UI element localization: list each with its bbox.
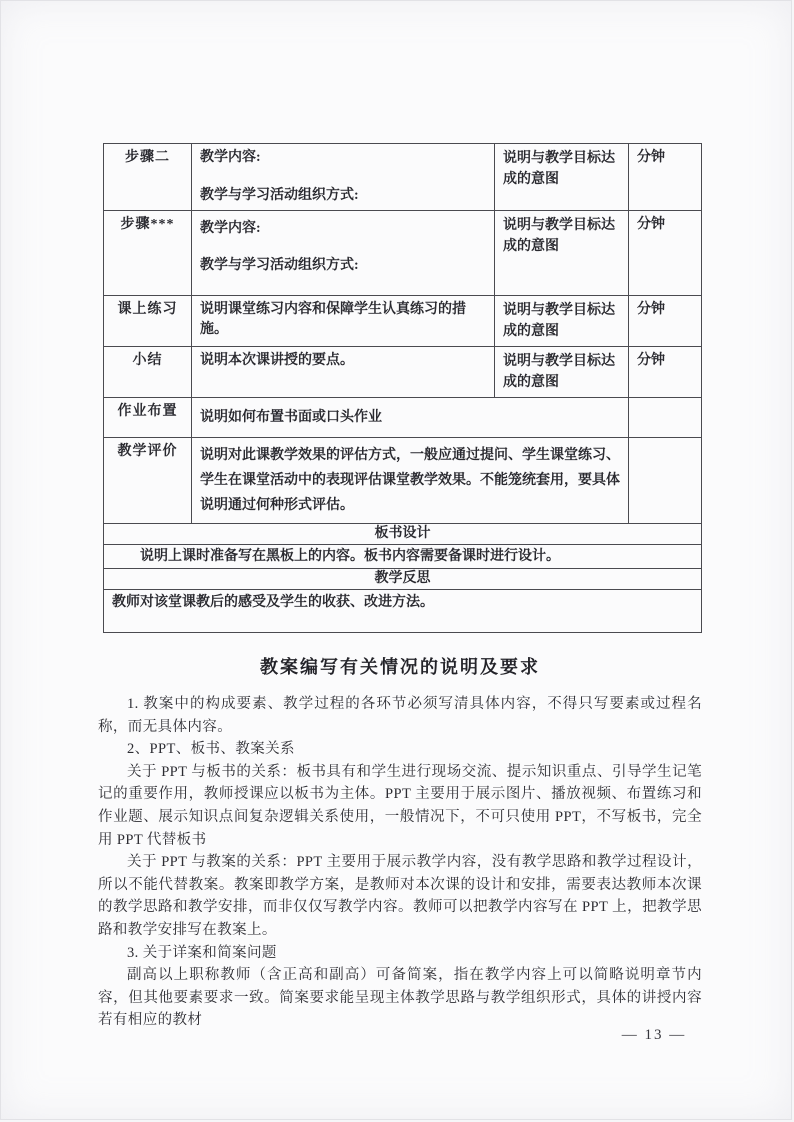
note-text: 说明上课时准备写在黑板上的内容。板书内容需要备课时进行设计。 [112,547,693,566]
table-row-homework: 作业布置 说明如何布置书面或口头作业 [104,398,702,438]
cell-duration [629,398,702,438]
article-paragraph: 3. 关于详案和简案问题 [98,942,702,965]
table-row-class-exercise: 课上练习 说明课堂练习内容和保障学生认真练习的措施。 说明与教学目标达成的意图 … [104,296,702,347]
table-row-step-more: 步骤*** 教学内容: 教学与学习活动组织方式: 说明与教学目标达成的意图 分钟 [104,211,702,296]
cell-duration [629,438,702,524]
cell-content: 说明对此课教学效果的评估方式，一般应通过提问、学生课堂练习、学生在课堂活动中的表… [192,438,629,524]
table-row-step2: 步骤二 教学内容: 教学与学习活动组织方式: 说明与教学目标达成的意图 分钟 [104,144,702,211]
document-page: 步骤二 教学内容: 教学与学习活动组织方式: 说明与教学目标达成的意图 分钟 步… [0,0,792,1120]
table-row-reflection-note: 教师对该堂课教后的感受及学生的收获、改进方法。 [104,590,702,633]
content-line: 教学与学习活动组织方式: [200,256,486,276]
content-line: 教学与学习活动组织方式: [200,186,486,206]
cell-content: 说明如何布置书面或口头作业 [192,398,629,438]
row-label: 课上练习 [104,296,192,347]
cell-content: 说明本次课讲授的要点。 [192,347,495,398]
row-label: 教学评价 [104,438,192,524]
cell-purpose: 说明与教学目标达成的意图 [495,144,629,211]
table-row-summary: 小结 说明本次课讲授的要点。 说明与教学目标达成的意图 分钟 [104,347,702,398]
article-paragraph: 1. 教案中的构成要素、教学过程的各环节必须写清具体内容，不得只写要素或过程名称… [98,693,702,738]
page-number: — 13 — [599,1027,709,1044]
section-note: 教师对该堂课教后的感受及学生的收获、改进方法。 [104,590,702,633]
section-title: 教学反思 [104,569,702,590]
row-label: 作业布置 [104,398,192,438]
lesson-plan-table: 步骤二 教学内容: 教学与学习活动组织方式: 说明与教学目标达成的意图 分钟 步… [103,143,702,633]
article-paragraph: 关于 PPT 与教案的关系：PPT 主要用于展示教学内容，没有教学思路和教学过程… [98,851,702,941]
article-paragraph: 关于 PPT 与板书的关系：板书具有和学生进行现场交流、提示知识重点、引导学生记… [98,761,702,851]
cell-duration: 分钟 [629,347,702,398]
section-note: 说明上课时准备写在黑板上的内容。板书内容需要备课时进行设计。 [104,545,702,569]
content-line: 教学内容: [200,219,486,239]
cell-content: 教学内容: 教学与学习活动组织方式: [192,144,495,211]
cell-purpose: 说明与教学目标达成的意图 [495,296,629,347]
cell-content: 说明课堂练习内容和保障学生认真练习的措施。 [192,296,495,347]
row-label: 步骤二 [104,144,192,211]
article-paragraph: 副高以上职称教师（含正高和副高）可备简案，指在教学内容上可以简略说明章节内容，但… [98,964,702,1032]
article-paragraph: 2、PPT、板书、教案关系 [98,738,702,761]
cell-purpose: 说明与教学目标达成的意图 [495,347,629,398]
cell-content: 教学内容: 教学与学习活动组织方式: [192,211,495,296]
row-label: 小结 [104,347,192,398]
table-row-evaluation: 教学评价 说明对此课教学效果的评估方式，一般应通过提问、学生课堂练习、学生在课堂… [104,438,702,524]
cell-duration: 分钟 [629,144,702,211]
spacer [200,168,486,186]
article-section: 教案编写有关情况的说明及要求 1. 教案中的构成要素、教学过程的各环节必须写清具… [98,653,702,1032]
cell-purpose: 说明与教学目标达成的意图 [495,211,629,296]
article-heading: 教案编写有关情况的说明及要求 [98,653,702,679]
cell-duration: 分钟 [629,296,702,347]
spacer [200,239,486,256]
table-row-board-design-note: 说明上课时准备写在黑板上的内容。板书内容需要备课时进行设计。 [104,545,702,569]
row-label: 步骤*** [104,211,192,296]
table-row-reflection-title: 教学反思 [104,569,702,590]
cell-duration: 分钟 [629,211,702,296]
section-title: 板书设计 [104,524,702,545]
table-row-board-design-title: 板书设计 [104,524,702,545]
content-line: 教学内容: [200,148,486,168]
